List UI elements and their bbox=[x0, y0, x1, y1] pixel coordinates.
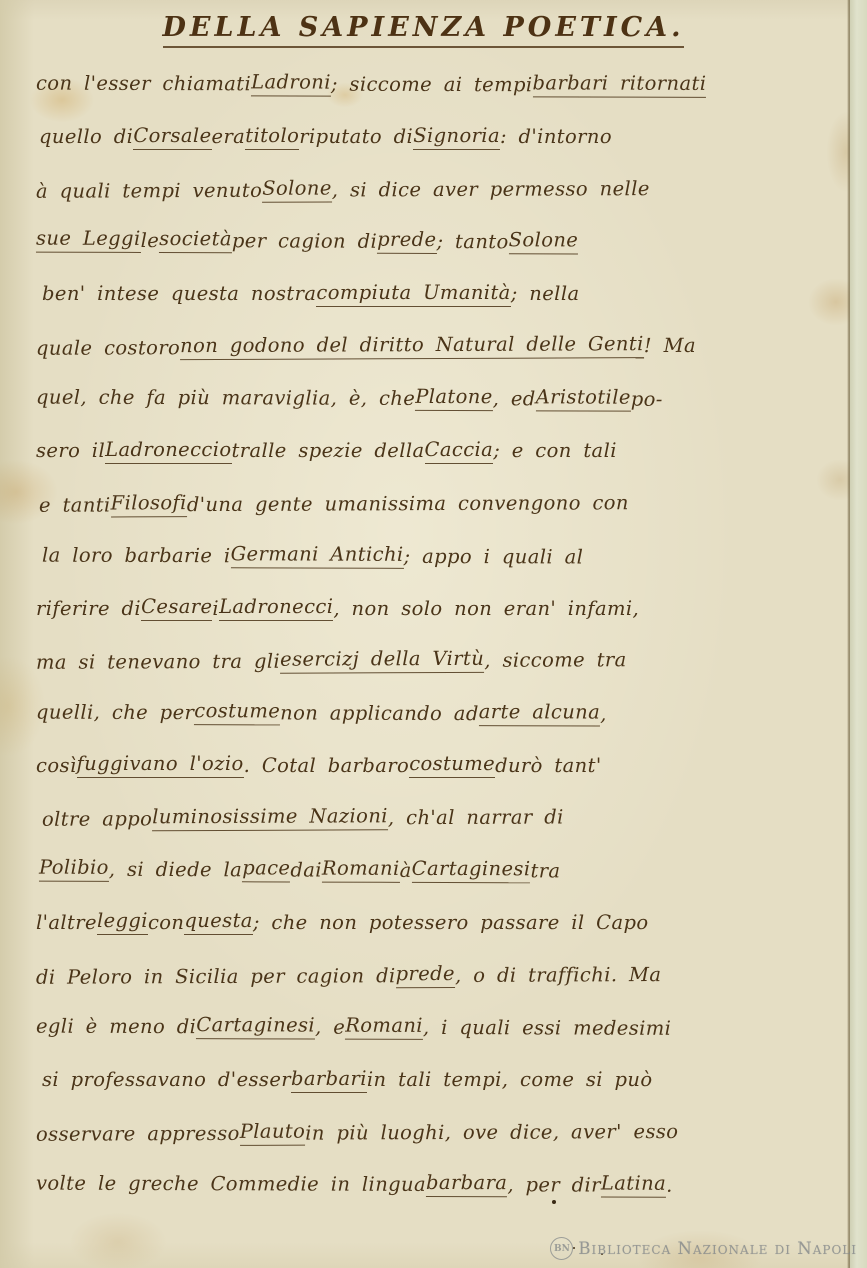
library-watermark: BN Biblioteca Nazionale di Napoli bbox=[550, 1237, 857, 1260]
text-segment: ben' intese questa nostra bbox=[42, 282, 316, 305]
text-segment: prede bbox=[377, 228, 436, 254]
text-segment: riferire di bbox=[36, 597, 141, 620]
library-logo-icon: BN bbox=[550, 1237, 573, 1260]
text-segment: , e bbox=[315, 1015, 345, 1038]
text-segment: Platone bbox=[415, 385, 493, 411]
manuscript-page: DELLA SAPIENZA POETICA. con l'esser chia… bbox=[0, 0, 867, 1268]
text-segment: costume bbox=[409, 752, 495, 778]
manuscript-line: à quali tempi venuto Solone, si dice ave… bbox=[36, 161, 848, 217]
text-segment: fuggivano l'ozio bbox=[77, 752, 244, 778]
text-segment: le bbox=[141, 229, 160, 252]
manuscript-line: sero il Ladroneccio tralle spezie della … bbox=[36, 425, 848, 477]
text-segment: Cesare bbox=[141, 595, 212, 621]
manuscript-line: quello di Corsale era titolo riputato di… bbox=[36, 110, 848, 162]
page-title: DELLA SAPIENZA POETICA. bbox=[0, 12, 847, 43]
text-segment: sue Leggi bbox=[36, 227, 141, 253]
text-segment: barbari bbox=[291, 1067, 367, 1093]
text-segment: Ladroni bbox=[251, 71, 331, 97]
text-segment: , ed bbox=[493, 387, 536, 410]
text-segment: arte alcuna bbox=[479, 700, 601, 726]
text-segment: con l'esser chiamati bbox=[36, 71, 251, 95]
watermark-label: Biblioteca Nazionale di Napoli bbox=[578, 1239, 857, 1258]
text-segment: , si diede la bbox=[109, 857, 242, 880]
text-segment: , i quali essi medesimi bbox=[423, 1016, 671, 1040]
text-segment: Aristotile bbox=[536, 386, 631, 412]
text-segment: esercizj della Virtù bbox=[280, 647, 484, 674]
text-segment: compiuta Umanità bbox=[316, 281, 510, 307]
manuscript-line: egli è meno di Cartaginesi, e Romani, i … bbox=[36, 1000, 848, 1055]
text-segment: . Cotal barbaro bbox=[244, 754, 410, 777]
text-segment: quale costoro bbox=[36, 336, 180, 360]
text-segment: tra bbox=[530, 859, 560, 882]
text-segment: prede bbox=[396, 962, 455, 988]
text-segment: , siccome tra bbox=[484, 648, 627, 672]
manuscript-line: così fuggivano l'ozio. Cotal barbaro cos… bbox=[36, 739, 848, 791]
text-segment: di Peloro in Sicilia per cagion di bbox=[36, 964, 396, 989]
text-segment: non applicando ad bbox=[280, 701, 479, 725]
manuscript-line: di Peloro in Sicilia per cagion di prede… bbox=[36, 947, 848, 1003]
text-segment: quelli, che per bbox=[36, 700, 194, 724]
text-segment: Ladronecci bbox=[219, 595, 333, 621]
manuscript-line: e tanti Filosofi d'una gente umanissima … bbox=[36, 475, 848, 531]
text-segment: Solone bbox=[509, 229, 579, 255]
text-segment: leggi bbox=[97, 909, 148, 935]
manuscript-line: Polibio, si diede la pace dai Romani à C… bbox=[36, 842, 848, 897]
text-segment: . bbox=[666, 1174, 673, 1197]
text-segment: Filosofi bbox=[111, 491, 187, 517]
text-segment: sero il bbox=[36, 439, 105, 462]
text-segment: DELLA SAPIENZA POETICA. bbox=[163, 12, 685, 48]
text-segment: à bbox=[400, 858, 412, 881]
manuscript-line: quelli, che per costume non applicando a… bbox=[36, 685, 848, 740]
text-segment: à quali tempi venuto bbox=[36, 178, 262, 202]
text-segment: in più luoghi, ove dice, aver' esso bbox=[305, 1119, 678, 1144]
text-segment: luminosissime Nazioni bbox=[152, 805, 388, 832]
text-segment: così bbox=[36, 754, 77, 777]
manuscript-line: si professavano d'esser barbari in tali … bbox=[36, 1053, 848, 1105]
text-segment: po- bbox=[631, 388, 663, 411]
text-segment: , per dir bbox=[507, 1173, 601, 1196]
manuscript-line: quel, che fa più maraviglia, è, che Plat… bbox=[36, 371, 848, 426]
text-segment: volte le greche Commedie in lingua bbox=[36, 1171, 426, 1195]
manuscript-line: la loro barbarie i Germani Antichi; appo… bbox=[36, 528, 848, 583]
manuscript-line: l'altre leggi con questa; che non potess… bbox=[36, 896, 848, 948]
text-segment: barbari ritornati bbox=[533, 72, 707, 99]
text-segment: ; siccome ai tempi bbox=[331, 72, 533, 96]
text-segment: quel, che fa più maraviglia, è, che bbox=[36, 386, 415, 410]
text-segment: dai bbox=[290, 858, 322, 881]
manuscript-line: ma si tenevano tra gli esercizj della Vi… bbox=[36, 633, 848, 689]
text-segment: con bbox=[148, 911, 184, 934]
manuscript-line: volte le greche Commedie in lingua barba… bbox=[36, 1157, 848, 1212]
manuscript-line: quale costoro non godono del diritto Nat… bbox=[36, 318, 848, 374]
text-segment: Plauto bbox=[240, 1120, 306, 1146]
text-segment: egli è meno di bbox=[36, 1014, 196, 1038]
manuscript-line: sue Leggi le società per cagion di prede… bbox=[36, 214, 848, 269]
text-segment: , ch'al narrar di bbox=[388, 806, 564, 830]
text-segment: osservare appresso bbox=[36, 1121, 240, 1145]
text-segment: per cagion di bbox=[232, 229, 377, 253]
text-segment: Caccia bbox=[425, 438, 494, 464]
page-edge-strip bbox=[850, 0, 867, 1268]
manuscript-line: con l'esser chiamati Ladroni; siccome ai… bbox=[36, 57, 848, 112]
text-segment: Polibio bbox=[39, 856, 109, 882]
text-segment: ; che non potessero passare il Capo bbox=[253, 911, 649, 934]
text-segment: questa bbox=[184, 909, 252, 935]
manuscript-line: ben' intese questa nostra compiuta Umani… bbox=[36, 268, 848, 320]
text-segment: in tali tempi, come si può bbox=[367, 1068, 653, 1091]
text-segment: Cartaginesi bbox=[412, 857, 531, 883]
manuscript-line: riferire di Cesare i Ladronecci, non sol… bbox=[36, 582, 848, 634]
text-segment: , si dice aver permesso nelle bbox=[332, 177, 650, 201]
text-segment: ma si tenevano tra gli bbox=[36, 650, 280, 674]
text-segment: pace bbox=[242, 856, 290, 882]
text-segment: Romani bbox=[322, 857, 400, 883]
text-segment: Ladroneccio bbox=[105, 438, 231, 464]
text-segment: era bbox=[212, 125, 246, 148]
text-segment: Latina bbox=[601, 1172, 666, 1198]
text-segment: Solone bbox=[262, 176, 332, 202]
text-segment: tralle spezie della bbox=[232, 439, 425, 462]
text-segment: la loro barbarie i bbox=[42, 543, 231, 567]
text-segment: , bbox=[600, 702, 607, 725]
manuscript-line: osservare appresso Plauto in più luoghi,… bbox=[36, 1104, 848, 1160]
text-segment: durò tant' bbox=[495, 754, 602, 777]
text-segment: Cartaginesi bbox=[196, 1013, 315, 1039]
text-segment: l'altre bbox=[36, 911, 97, 934]
text-segment: d'una gente umanissima convengono con bbox=[187, 491, 629, 516]
text-segment: costume bbox=[194, 699, 280, 725]
text-segment: ; tanto bbox=[436, 230, 508, 253]
text-segment: Germani Antichi bbox=[231, 542, 404, 569]
text-segment: , o di traffichi. Ma bbox=[455, 962, 662, 986]
ink-specks bbox=[552, 1200, 556, 1204]
manuscript-line: oltre appo luminosissime Nazioni, ch'al … bbox=[36, 790, 848, 846]
text-segment: ; nella bbox=[511, 282, 580, 305]
text-segment: quello di bbox=[39, 125, 133, 148]
text-segment: Romani bbox=[345, 1014, 423, 1040]
text-segment: e tanti bbox=[39, 493, 111, 516]
text-segment: si professavano d'esser bbox=[42, 1068, 291, 1091]
text-segment: titolo bbox=[245, 124, 299, 150]
text-segment: società bbox=[159, 227, 232, 253]
text-segment: ; appo i quali al bbox=[404, 544, 584, 568]
text-segment: ; e con tali bbox=[493, 439, 617, 462]
text-segment: Corsale bbox=[133, 124, 211, 150]
text-segment: : d'intorno bbox=[500, 125, 612, 148]
text-segment: non godono del diritto Natural delle Gen… bbox=[180, 332, 644, 360]
text-segment: oltre appo bbox=[42, 807, 152, 830]
text-segment: ! Ma bbox=[644, 334, 696, 357]
text-segment: barbara bbox=[426, 1171, 507, 1197]
text-segment: Signoria bbox=[413, 124, 500, 150]
text-segment: , non solo non eran' infami, bbox=[333, 597, 639, 620]
handwriting-area: con l'esser chiamati Ladroni; siccome ai… bbox=[36, 58, 848, 1211]
text-segment: riputato di bbox=[299, 125, 413, 148]
